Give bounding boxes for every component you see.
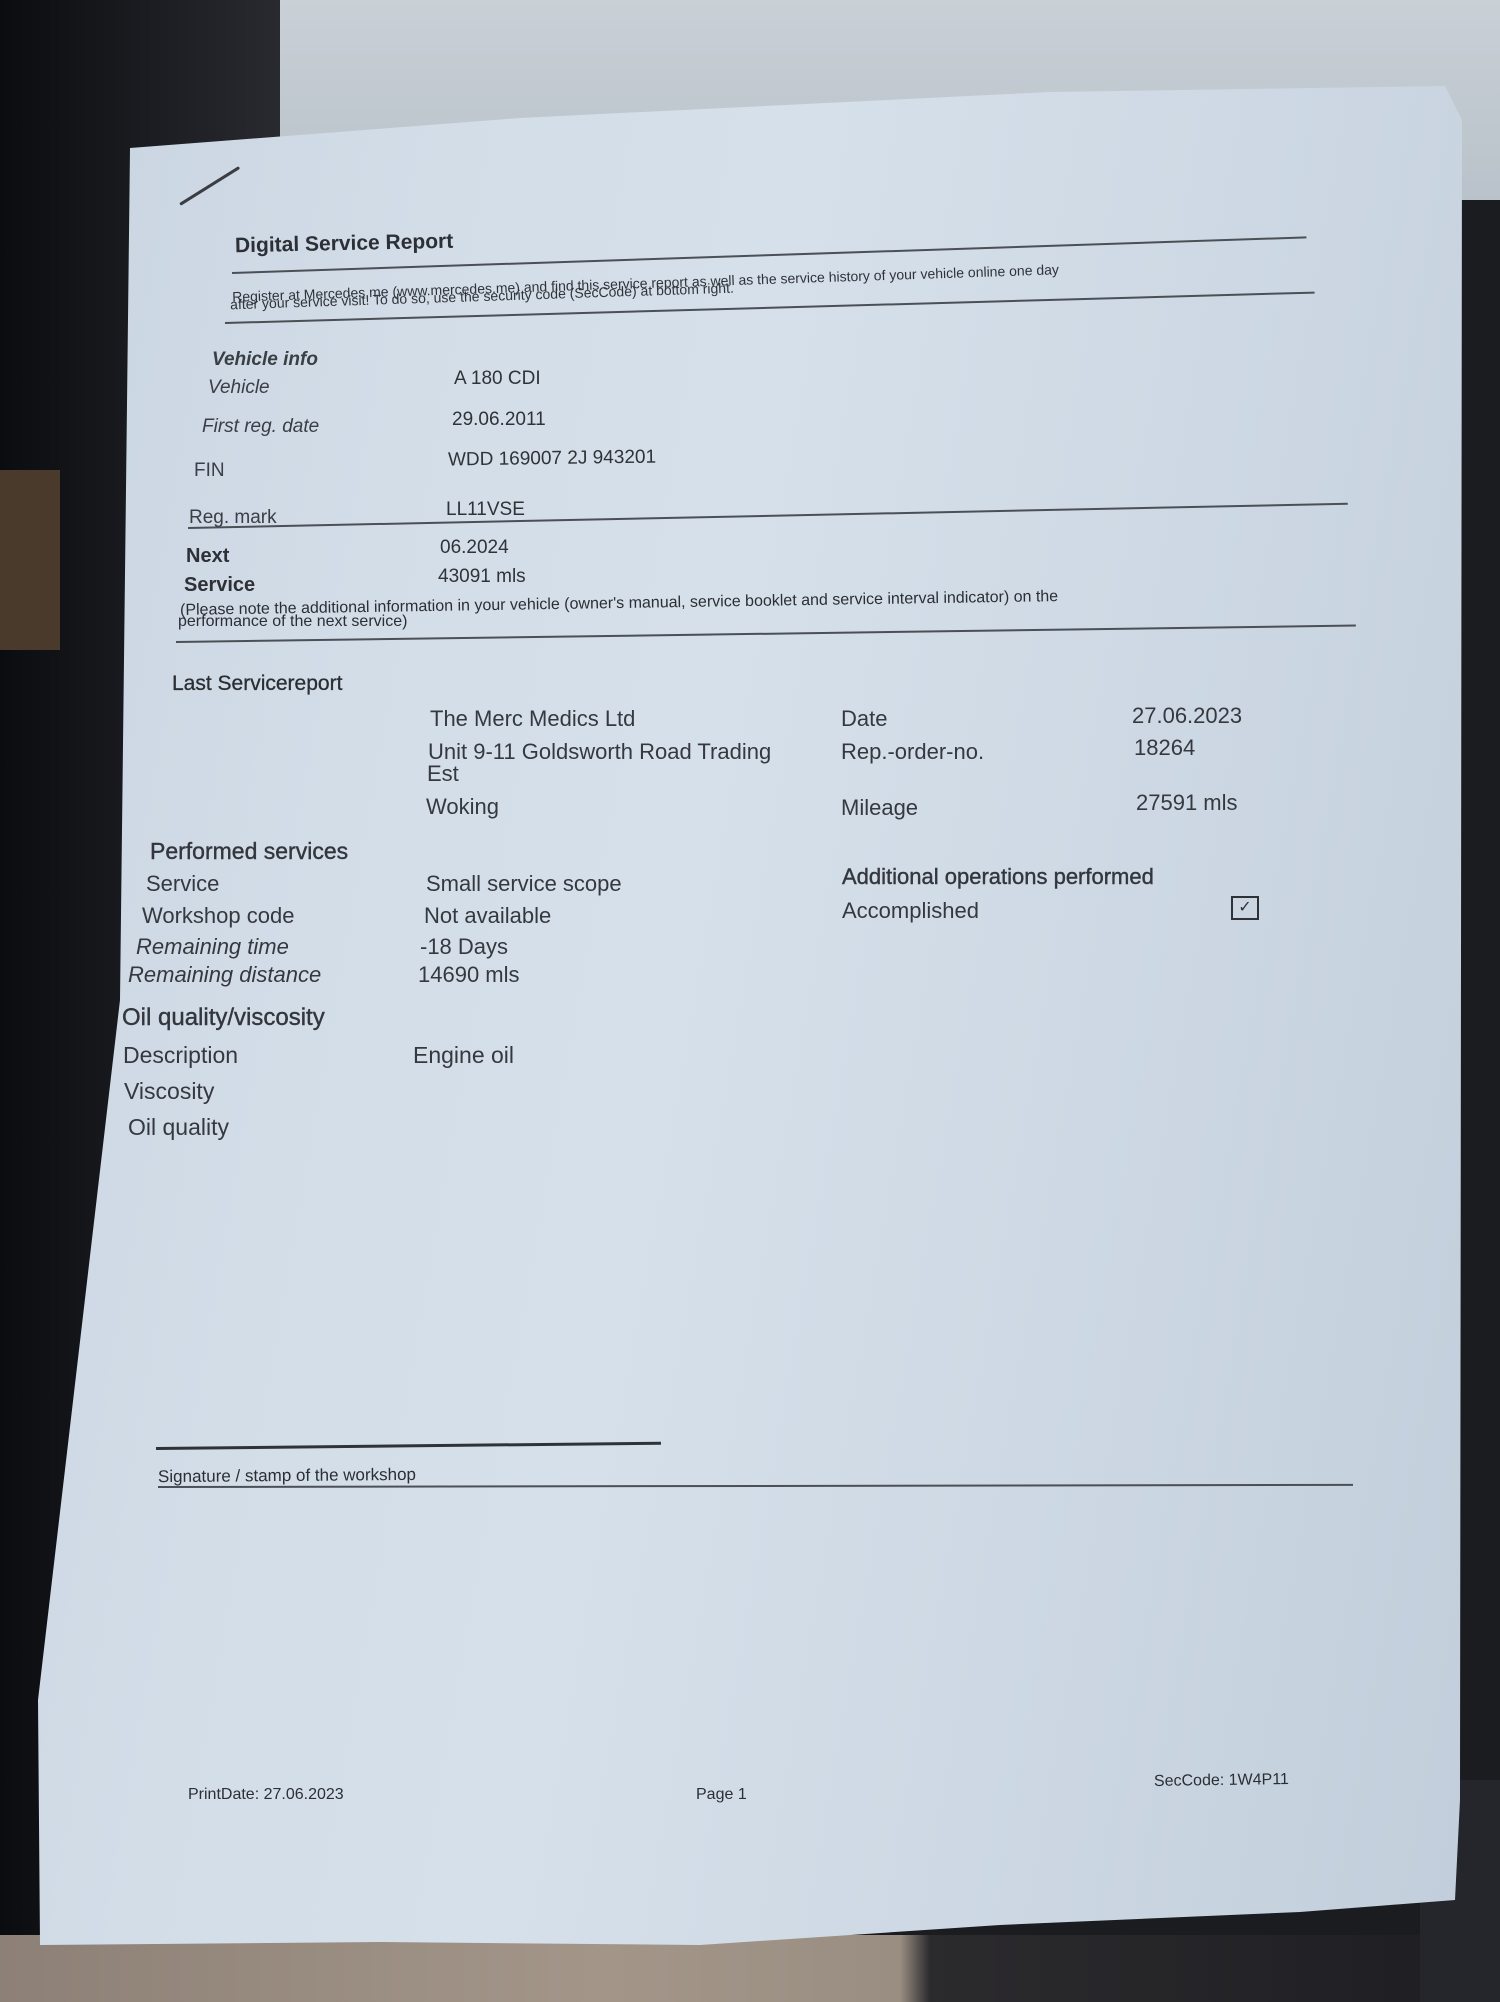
workshop-city: Woking: [426, 794, 499, 820]
background-box: [0, 470, 60, 650]
service-label: Service: [146, 871, 219, 897]
checkmark-icon: ✓: [1238, 899, 1251, 916]
workshop-name: The Merc Medics Ltd: [430, 706, 635, 732]
remaining-distance-label: Remaining distance: [128, 962, 321, 988]
performed-services-heading: Performed services: [150, 838, 348, 865]
signature-label: Signature / stamp of the workshop: [158, 1465, 416, 1487]
last-service-date-value: 27.06.2023: [1132, 703, 1242, 729]
rep-order-no-value: 18264: [1134, 735, 1195, 761]
workshop-code-value: Not available: [424, 903, 551, 929]
mileage-value: 27591 mls: [1136, 790, 1238, 816]
report-title: Digital Service Report: [235, 230, 454, 259]
vehicle-info-heading: Vehicle info: [212, 349, 318, 371]
accomplished-checkbox: ✓: [1231, 896, 1259, 920]
mileage-label: Mileage: [841, 795, 918, 821]
next-service-label-line1: Next: [186, 545, 229, 568]
page-number: Page 1: [696, 1786, 747, 1804]
viscosity-label: Viscosity: [124, 1078, 214, 1105]
print-date: PrintDate: 27.06.2023: [188, 1786, 344, 1804]
remaining-time-label: Remaining time: [136, 934, 289, 960]
service-value: Small service scope: [426, 871, 622, 897]
workshop-code-label: Workshop code: [142, 903, 294, 929]
remaining-time-value: -18 Days: [420, 934, 508, 960]
next-service-mileage: 43091 mls: [438, 566, 526, 588]
last-service-date-label: Date: [841, 706, 887, 732]
workshop-address-line1: Unit 9-11 Goldsworth Road Trading: [428, 739, 771, 765]
sec-code: SecCode: 1W4P11: [1154, 1771, 1289, 1791]
oil-description-label: Description: [123, 1042, 238, 1069]
oil-quality-label: Oil quality: [128, 1114, 229, 1141]
next-service-note-line2: performance of the next service): [178, 614, 407, 630]
fin-value: WDD 169007 2J 943201: [448, 447, 656, 472]
background-floor: [0, 1935, 1500, 2002]
reg-mark-value: LL11VSE: [446, 499, 525, 521]
oil-description-value: Engine oil: [413, 1042, 514, 1069]
vehicle-value: A 180 CDI: [454, 368, 541, 390]
workshop-address-line2: Est: [427, 761, 459, 787]
service-report-sheet: [0, 0, 1500, 2002]
accomplished-label: Accomplished: [842, 898, 979, 924]
next-service-date: 06.2024: [440, 537, 509, 559]
next-service-label-line2: Service: [184, 574, 255, 597]
first-reg-date-value: 29.06.2011: [452, 409, 546, 431]
additional-operations-heading: Additional operations performed: [842, 864, 1154, 890]
oil-heading: Oil quality/viscosity: [122, 1004, 325, 1032]
rep-order-no-label: Rep.-order-no.: [841, 739, 984, 765]
remaining-distance-value: 14690 mls: [418, 962, 520, 988]
first-reg-date-label: First reg. date: [202, 416, 319, 438]
fin-label: FIN: [194, 460, 225, 482]
last-service-report-heading: Last Servicereport: [172, 672, 342, 696]
vehicle-label: Vehicle: [208, 377, 270, 399]
